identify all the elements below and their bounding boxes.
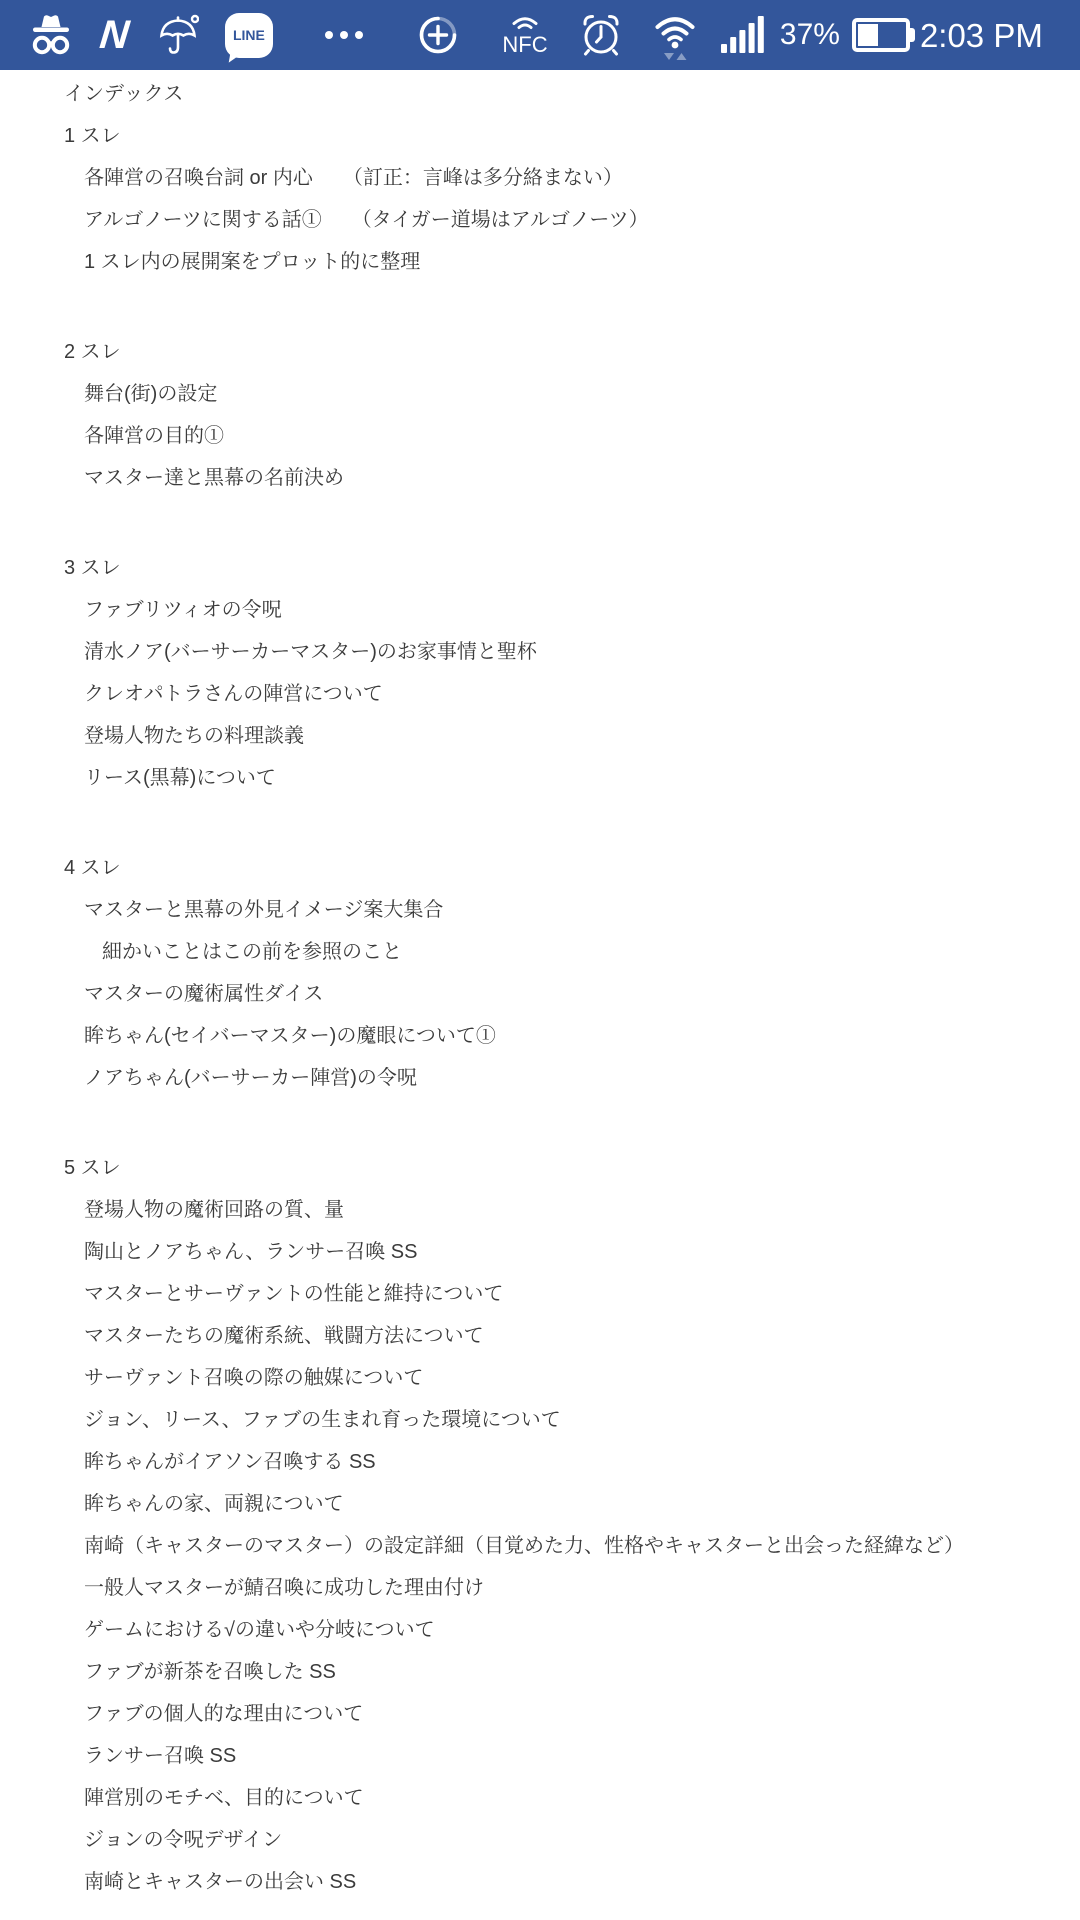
doc-line: 登場人物たちの料理談義 [0,712,1080,754]
doc-line: サーヴァント召喚の際の触媒について [0,1354,1080,1396]
doc-line: マスターの魔術属性ダイス [0,970,1080,1012]
doc-line: マスターと黒幕の外見イメージ案大集合 [0,886,1080,928]
phone-screen: N LINE NFC [0,0,1080,1920]
doc-line: 一般人マスターが鯖召喚に成功した理由付け [0,1564,1080,1606]
doc-line: アルゴノーツに関する話① （タイガー道場はアルゴノーツ） [0,196,1080,238]
doc-line: 眸ちゃん(セイバーマスター)の魔眼について① [0,1012,1080,1054]
doc-line: マスター達と黒幕の名前決め [0,454,1080,496]
line-app-label: LINE [233,27,265,43]
doc-line: 4 スレ [0,844,1080,886]
nfc-icon: NFC [497,11,553,59]
doc-line: 1 スレ [0,112,1080,154]
section-gap [0,1096,1080,1144]
clock-label: 2:03 PM [920,19,1043,52]
doc-line: クレオパトラさんの陣営について [0,670,1080,712]
section-gap [0,796,1080,844]
document-view[interactable]: インデックス1 スレ各陣営の召喚台詞 or 内心 （訂正：言峰は多分絡まない）ア… [0,70,1080,1900]
umbrella-weather-icon [157,14,199,56]
doc-line: ゲームにおける√の違いや分岐について [0,1606,1080,1648]
doc-line: マスターとサーヴァントの性能と維持について [0,1270,1080,1312]
doc-line: 登場人物の魔術回路の質、量 [0,1186,1080,1228]
line-app-icon: LINE [225,13,273,58]
doc-line: 陣営別のモチベ、目的について [0,1774,1080,1816]
doc-line: 細かいことはこの前を参照のこと [0,928,1080,970]
doc-line: 2 スレ [0,328,1080,370]
svg-text:NFC: NFC [502,32,547,57]
signal-strength-icon [721,15,767,55]
alarm-icon [579,12,623,58]
doc-line: ファブリツィオの令呪 [0,586,1080,628]
doc-line: 清水ノア(バーサーカーマスター)のお家事情と聖杯 [0,628,1080,670]
doc-line: ランサー召喚 SS [0,1732,1080,1774]
section-gap [0,280,1080,328]
wifi-icon [653,5,697,65]
incognito-icon [28,13,74,57]
status-bar[interactable]: N LINE NFC [0,0,1080,70]
section-gap [0,496,1080,544]
doc-line: インデックス [0,70,1080,112]
doc-line: 眸ちゃんの家、両親について [0,1480,1080,1522]
doc-line: 南崎（キャスターのマスター）の設定詳細（目覚めた力、性格やキャスターと出会った経… [0,1522,1080,1564]
doc-line: 1 スレ内の展開案をプロット的に整理 [0,238,1080,280]
data-saver-icon [417,14,459,56]
doc-line: ファブの個人的な理由について [0,1690,1080,1732]
doc-line: ジョン、リース、ファブの生まれ育った環境について [0,1396,1080,1438]
more-notifications-icon [325,31,363,39]
battery-percent-label: 37% [780,20,840,50]
doc-line: マスターたちの魔術系統、戦闘方法について [0,1312,1080,1354]
n-app-icon: N [98,15,131,55]
battery-icon [852,18,910,52]
doc-line: 陶山とノアちゃん、ランサー召喚 SS [0,1228,1080,1270]
doc-line: 5 スレ [0,1144,1080,1186]
doc-line: ファブが新茶を召喚した SS [0,1648,1080,1690]
doc-line: 各陣営の目的① [0,412,1080,454]
doc-line: ノアちゃん(バーサーカー陣営)の令呪 [0,1054,1080,1096]
doc-line: 3 スレ [0,544,1080,586]
doc-line: ジョンの令呪デザイン [0,1816,1080,1858]
doc-line: 眸ちゃんがイアソン召喚する SS [0,1438,1080,1480]
doc-line: 各陣営の召喚台詞 or 内心 （訂正：言峰は多分絡まない） [0,154,1080,196]
doc-line: 舞台(街)の設定 [0,370,1080,412]
doc-line: リース(黒幕)について [0,754,1080,796]
doc-line: 南崎とキャスターの出会い SS [0,1858,1080,1900]
